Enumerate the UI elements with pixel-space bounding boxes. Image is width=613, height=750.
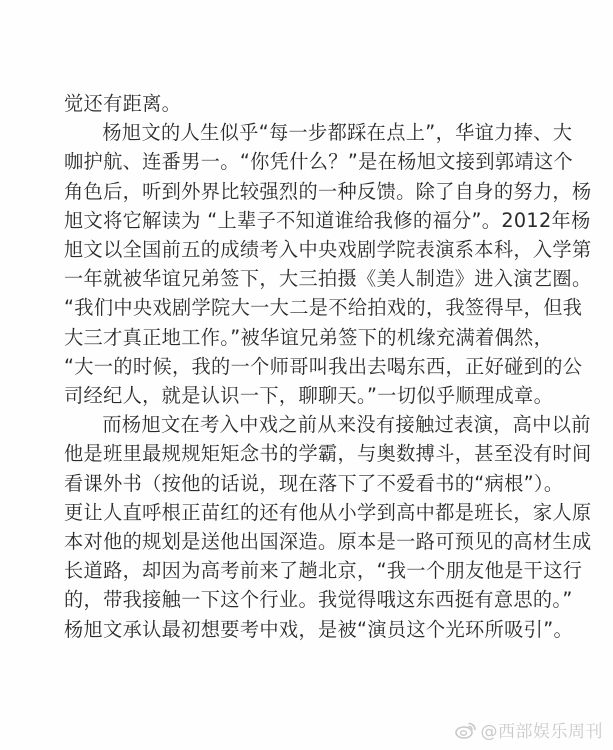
text-line: 杨旭文承认最初想要考中戏，是被“演员这个光环所吸引”。 <box>64 615 550 644</box>
text-line: 角色后，听到外界比较强烈的一种反馈。除了自身的努力，杨 <box>64 177 550 206</box>
article-body: 觉还有距离。 杨旭文的人生似乎“每一步都踩在点上”，华谊力捧、大 咖护航、连番男… <box>64 89 550 644</box>
document-page: 觉还有距离。 杨旭文的人生似乎“每一步都踩在点上”，华谊力捧、大 咖护航、连番男… <box>0 0 613 750</box>
text-line: 旭文以全国前五的成绩考入中央戏剧学院表演系本科，入学第 <box>64 235 550 264</box>
weibo-icon <box>455 721 477 739</box>
text-line: 咖护航、连番男一。“你凭什么？”是在杨旭文接到郭靖这个 <box>64 147 550 176</box>
text-line: 长道路，却因为高考前来了趟北京，“我一个朋友他是干这行 <box>64 556 550 585</box>
paragraph-2: 杨旭文的人生似乎“每一步都踩在点上”，华谊力捧、大 咖护航、连番男一。“你凭什么… <box>64 118 550 410</box>
text-line: “大一的时候，我的一个师哥叫我出去喝东西，正好碰到的公 <box>64 352 550 381</box>
paragraph-1: 觉还有距离。 <box>64 89 550 118</box>
text-line: 他是班里最规规矩矩念书的学霸，与奥数搏斗，甚至没有时间 <box>64 439 550 468</box>
text-line: 本对他的规划是送他出国深造。原本是一路可预见的高材生成 <box>64 527 550 556</box>
text-line: 杨旭文的人生似乎“每一步都踩在点上”，华谊力捧、大 <box>64 118 550 147</box>
text-line: 更让人直呼根正苗红的还有他从小学到高中都是班长，家人原 <box>64 498 550 527</box>
text-line: 司经纪人，就是认识一下，聊聊天。”一切似乎顺理成章。 <box>64 381 550 410</box>
text-line: 旭文将它解读为 “上辈子不知道谁给我修的福分”。2012年杨 <box>64 206 550 235</box>
text-line: 而杨旭文在考入中戏之前从来没有接触过表演，高中以前 <box>64 410 550 439</box>
text-line: 的，带我接触一下这个行业。我觉得哦这东西挺有意思的。” <box>64 585 550 614</box>
watermark-text: @西部娱乐周刊 <box>481 717 604 742</box>
text-line: 大三才真正地工作。”被华谊兄弟签下的机缘充满着偶然， <box>64 323 550 352</box>
text-line: 看课外书（按他的话说，现在落下了不爱看书的“病根”）。 <box>64 469 550 498</box>
paragraph-3: 而杨旭文在考入中戏之前从来没有接触过表演，高中以前 他是班里最规规矩矩念书的学霸… <box>64 410 550 644</box>
text-line: “我们中央戏剧学院大一大二是不给拍戏的，我签得早，但我 <box>64 293 550 322</box>
weibo-watermark: @西部娱乐周刊 <box>455 717 604 742</box>
text-line: 一年就被华谊兄弟签下，大三拍摄《美人制造》进入演艺圈。 <box>64 264 550 293</box>
text-line: 觉还有距离。 <box>64 89 550 118</box>
